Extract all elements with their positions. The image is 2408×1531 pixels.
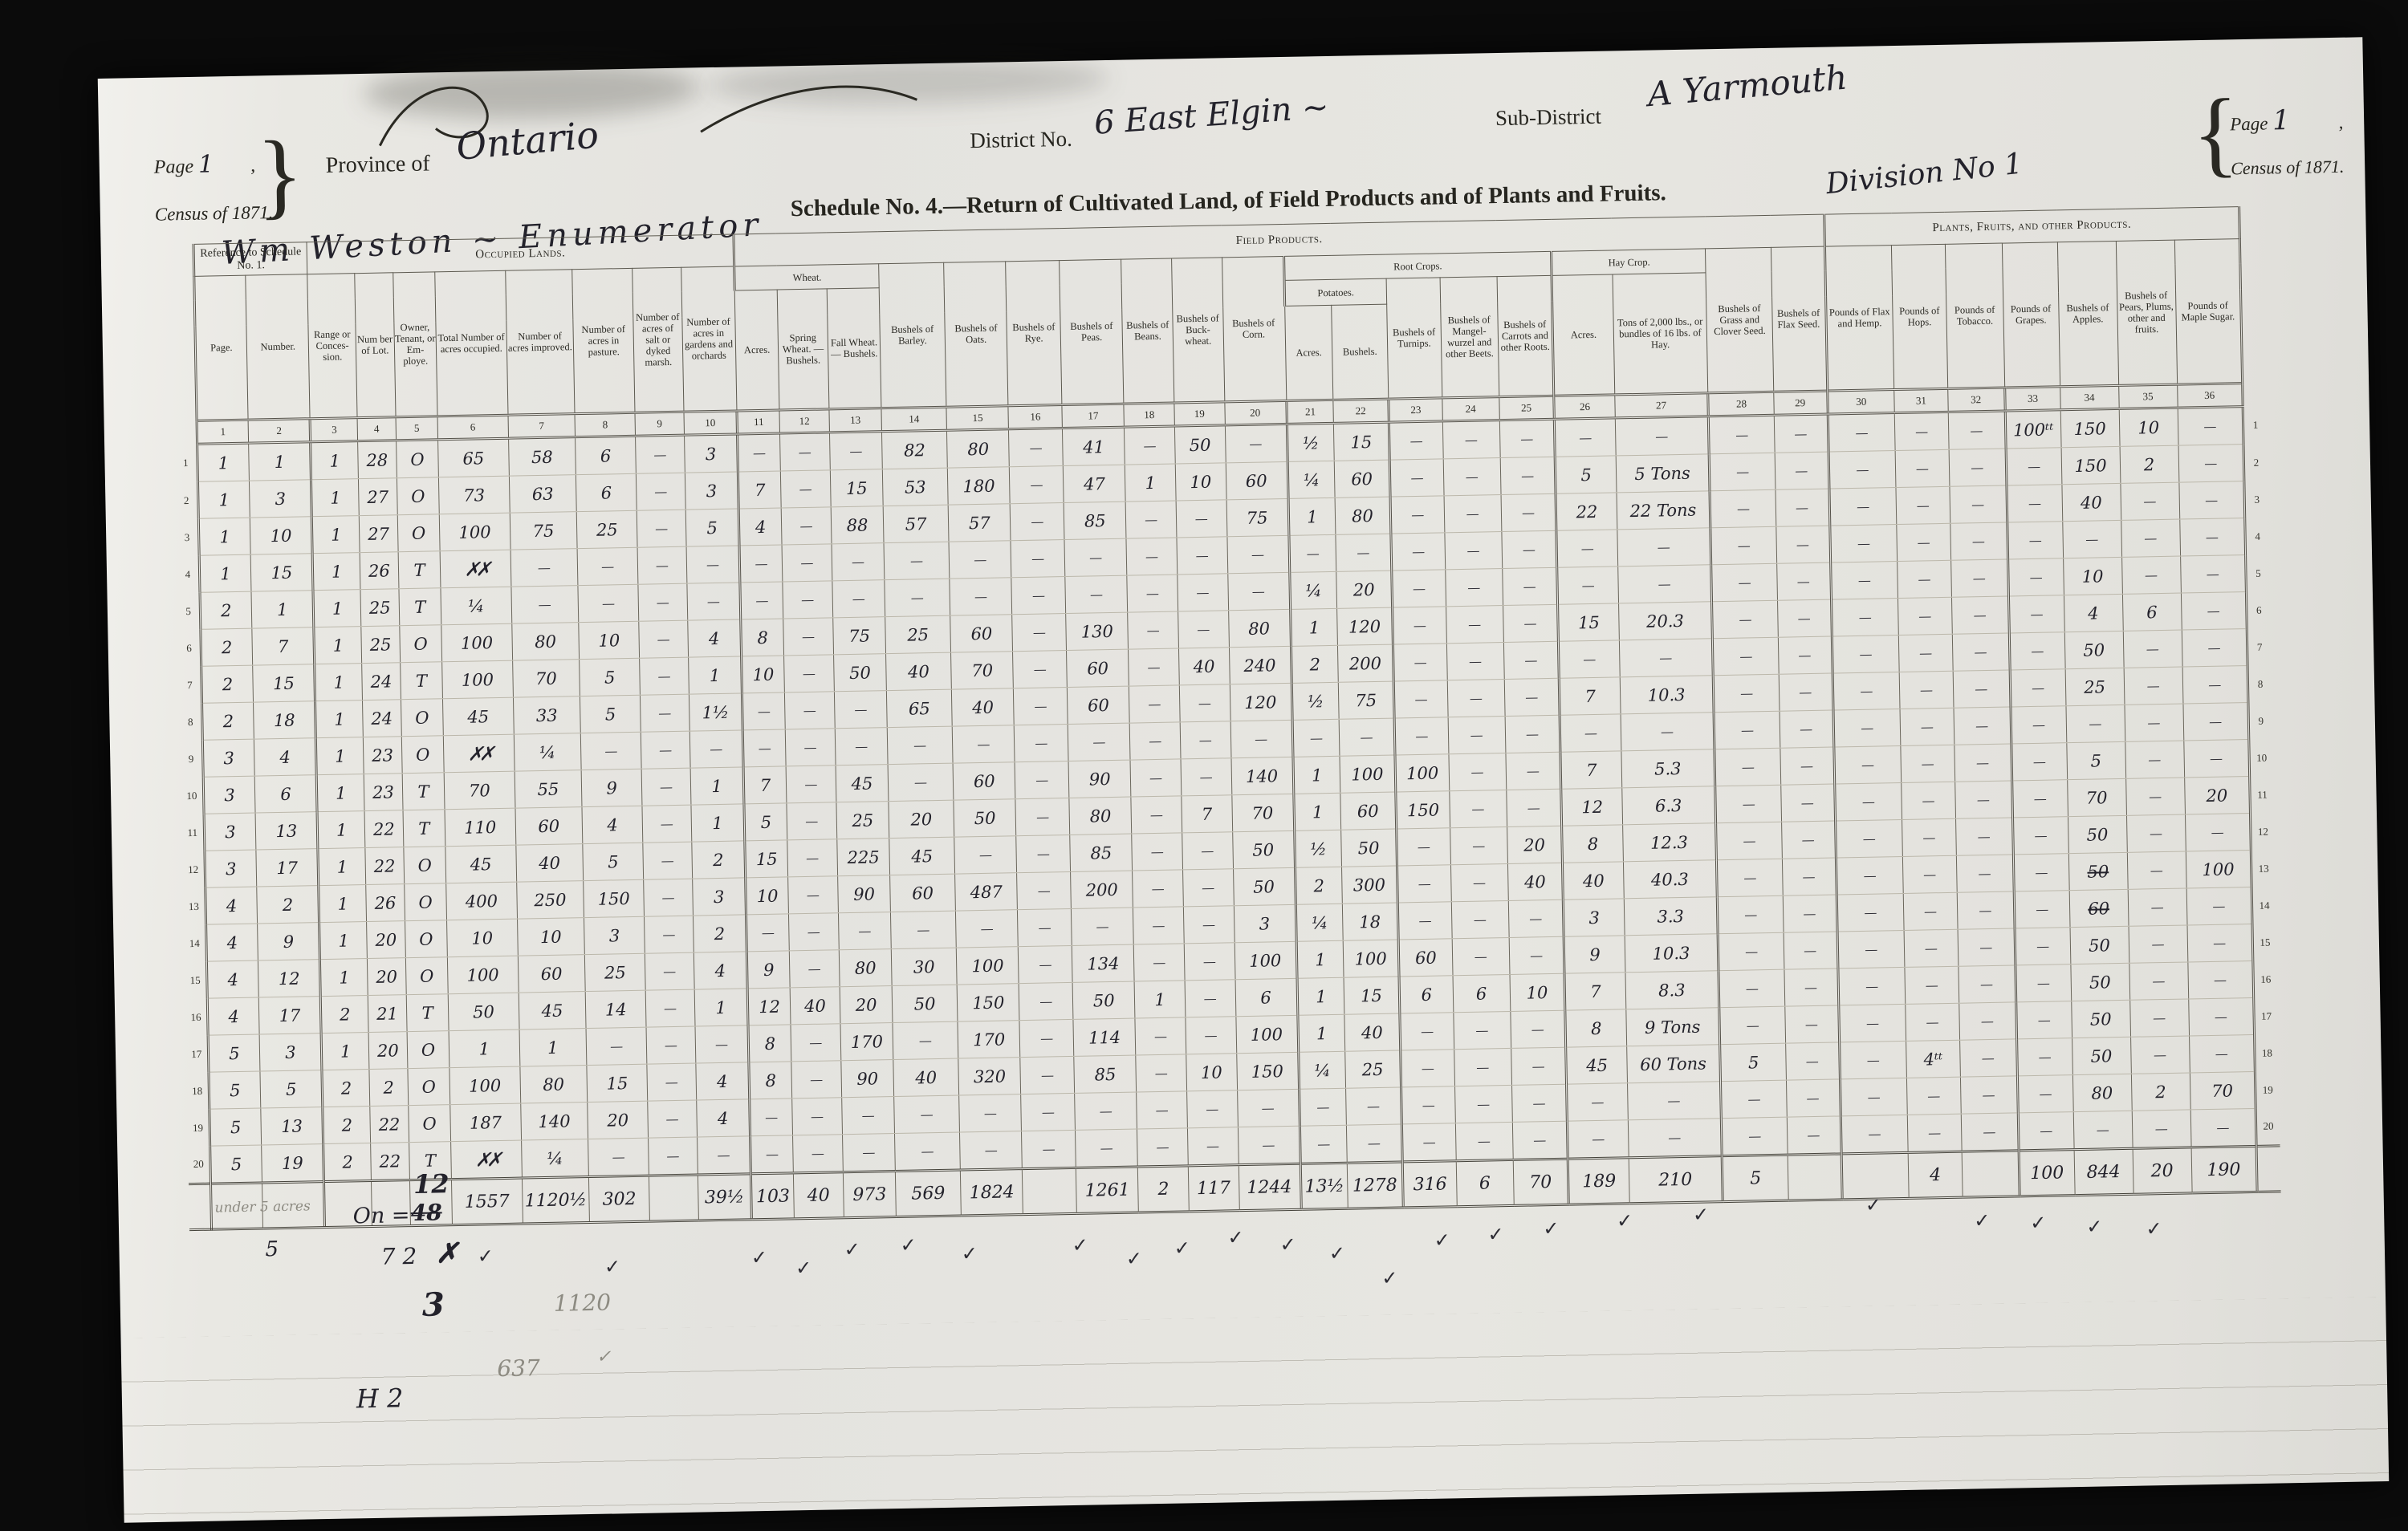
data-cell: 100 bbox=[957, 947, 1019, 985]
data-cell: — bbox=[588, 1138, 649, 1176]
column-number-25: 25 bbox=[1499, 396, 1554, 420]
column-number-17: 17 bbox=[1062, 404, 1125, 428]
data-cell: — bbox=[784, 692, 835, 729]
data-cell: 2 bbox=[1291, 645, 1338, 683]
data-cell: 1 bbox=[319, 885, 366, 923]
data-cell: ✗✗ bbox=[440, 550, 510, 588]
data-cell: — bbox=[2129, 962, 2188, 1000]
data-cell: 3 bbox=[685, 472, 739, 510]
data-cell: 7 bbox=[738, 471, 781, 509]
data-cell: — bbox=[2129, 999, 2189, 1037]
data-cell: 60 bbox=[1398, 939, 1453, 977]
column-number-28: 28 bbox=[1708, 392, 1774, 416]
column-number-16: 16 bbox=[1008, 405, 1062, 429]
data-cell: 10 bbox=[1186, 1054, 1237, 1091]
data-cell: 60 bbox=[1226, 461, 1288, 499]
data-cell: — bbox=[952, 725, 1015, 763]
data-cell: — bbox=[642, 805, 691, 843]
data-cell: 27 bbox=[359, 515, 398, 553]
data-cell: 17 bbox=[256, 849, 319, 887]
column-number-9: 9 bbox=[635, 412, 684, 436]
data-cell: — bbox=[2181, 592, 2247, 630]
data-cell: 5 bbox=[685, 509, 740, 546]
column-number-29: 29 bbox=[1774, 391, 1828, 415]
data-cell: 80 bbox=[520, 1066, 588, 1104]
data-cell: — bbox=[1072, 908, 1134, 945]
data-cell: — bbox=[2125, 778, 2185, 815]
data-cell: 4 bbox=[205, 924, 258, 961]
data-cell: — bbox=[2185, 814, 2251, 851]
data-cell: 1 bbox=[198, 518, 251, 555]
checkmark: ✓ bbox=[1543, 1217, 1560, 1240]
data-cell: 3 bbox=[692, 878, 746, 916]
data-cell: — bbox=[1017, 871, 1072, 909]
data-cell: 100 bbox=[449, 1066, 520, 1105]
data-cell: — bbox=[1716, 822, 1782, 859]
checkmark: ✓ bbox=[2030, 1212, 2047, 1234]
data-cell: — bbox=[1776, 562, 1831, 600]
data-cell: — bbox=[1828, 413, 1895, 453]
row-number-column-right bbox=[2239, 206, 2267, 384]
data-cell: 22 bbox=[370, 1143, 409, 1181]
column-number-35: 35 bbox=[2118, 384, 2178, 408]
checkmark: ✓ bbox=[1434, 1228, 1450, 1251]
data-cell: — bbox=[884, 542, 950, 579]
data-cell: — bbox=[1401, 1050, 1455, 1087]
total-cell bbox=[1023, 1168, 1077, 1214]
total-cell: 973 bbox=[844, 1172, 897, 1218]
data-cell: — bbox=[1783, 895, 1837, 932]
row-number-right: 10 bbox=[2249, 739, 2273, 777]
data-cell: — bbox=[1137, 1091, 1187, 1129]
data-cell: — bbox=[1961, 1113, 2019, 1151]
data-cell: 240 bbox=[1229, 646, 1291, 684]
data-cell: — bbox=[586, 1027, 647, 1065]
data-cell: — bbox=[791, 1061, 841, 1099]
data-cell: — bbox=[641, 731, 689, 769]
data-cell: O bbox=[401, 699, 443, 737]
col-header-buckwheat: Bushels of Buck-wheat. bbox=[1172, 258, 1225, 403]
data-cell: — bbox=[1187, 1127, 1238, 1166]
data-cell: 130 bbox=[1066, 612, 1129, 650]
data-cell: — bbox=[1444, 495, 1502, 533]
data-cell: 10 bbox=[742, 656, 784, 693]
checkmark: ✓ bbox=[900, 1234, 917, 1257]
row-number-left: 11 bbox=[182, 814, 205, 851]
data-cell: 10 bbox=[1175, 463, 1226, 501]
data-cell: 40 bbox=[515, 844, 583, 883]
row-number-left: 9 bbox=[181, 740, 203, 777]
data-cell: 6 bbox=[576, 473, 637, 511]
total-cell: 5 bbox=[1723, 1155, 1788, 1201]
data-cell: — bbox=[1506, 789, 1562, 826]
col-header-spring-wheat: Spring Wheat. — Bushels. bbox=[777, 289, 829, 410]
col-header-turnips: Bushels of Turnips. bbox=[1386, 278, 1442, 399]
data-cell: 10 bbox=[517, 918, 584, 956]
col-header-tobacco: Pounds of Tobacco. bbox=[1945, 243, 2004, 388]
data-cell: 15 bbox=[745, 840, 787, 878]
data-cell: 26 bbox=[366, 884, 405, 922]
data-cell: — bbox=[1719, 932, 1784, 970]
data-cell: ½ bbox=[1294, 830, 1341, 867]
data-cell: 2 bbox=[200, 628, 253, 666]
data-cell: — bbox=[697, 1136, 751, 1175]
data-cell: — bbox=[894, 1132, 960, 1171]
data-cell: 150 bbox=[1236, 1052, 1299, 1090]
data-cell: — bbox=[1956, 855, 2014, 892]
annotation-pencil-1120: 1120 bbox=[554, 1289, 612, 1317]
data-cell: — bbox=[839, 912, 892, 950]
column-number-10: 10 bbox=[684, 411, 738, 435]
row-number-right: 17 bbox=[2254, 997, 2278, 1035]
data-cell: — bbox=[1443, 458, 1501, 496]
data-cell: — bbox=[1713, 637, 1779, 675]
data-cell: — bbox=[637, 546, 686, 584]
data-cell: — bbox=[1719, 969, 1784, 1007]
subdistrict-label: Sub-District bbox=[1495, 104, 1602, 131]
rowno-spacer bbox=[2243, 383, 2267, 407]
row-number-left: 3 bbox=[177, 518, 199, 555]
data-cell: 8.3 bbox=[1625, 971, 1720, 1009]
data-cell: — bbox=[1503, 641, 1560, 679]
data-cell: — bbox=[1445, 532, 1503, 570]
row-number-left: 13 bbox=[183, 887, 205, 924]
data-cell: — bbox=[1715, 785, 1781, 822]
data-cell: — bbox=[1710, 489, 1775, 527]
total-cell: 189 bbox=[1568, 1158, 1629, 1204]
row-number-right: 7 bbox=[2247, 628, 2271, 666]
data-cell: — bbox=[1710, 526, 1776, 564]
total-cell: 117 bbox=[1188, 1165, 1239, 1212]
data-cell: — bbox=[1717, 859, 1783, 896]
data-cell: — bbox=[1621, 713, 1715, 751]
data-cell: — bbox=[1126, 538, 1177, 575]
banner-wheat: Wheat. bbox=[734, 264, 879, 290]
total-cell: 316 bbox=[1402, 1161, 1457, 1208]
data-cell: ¼ bbox=[1287, 461, 1335, 498]
data-cell: — bbox=[1450, 863, 1508, 901]
column-number-3: 3 bbox=[311, 418, 358, 442]
paper-sheet: Page 1 , Census of 1871. } Province of O… bbox=[98, 37, 2390, 1522]
row-number-left: 18 bbox=[186, 1072, 209, 1109]
data-cell: — bbox=[1777, 599, 1832, 637]
data-cell: 41 bbox=[1063, 427, 1125, 465]
data-cell: 134 bbox=[1072, 944, 1134, 982]
data-cell: — bbox=[1627, 1082, 1722, 1120]
data-cell: 9 bbox=[258, 923, 320, 960]
data-cell: — bbox=[2007, 558, 2064, 596]
data-cell: — bbox=[1836, 856, 1903, 895]
data-cell: 50 bbox=[954, 799, 1016, 837]
data-cell: 6 bbox=[1235, 978, 1298, 1016]
col-header-barley: Bushels of Barley. bbox=[879, 262, 947, 408]
data-cell: 5 bbox=[209, 1145, 262, 1184]
data-cell: — bbox=[1401, 1086, 1456, 1124]
data-cell: 1 bbox=[311, 441, 358, 480]
data-cell: 45 bbox=[445, 845, 516, 883]
data-cell: — bbox=[1397, 865, 1451, 903]
data-cell: — bbox=[1401, 1123, 1456, 1162]
scanned-census-page: { "colors":{"scan_bg":"#0b0b0b","paper":… bbox=[0, 0, 2408, 1531]
data-cell: 70 bbox=[951, 652, 1014, 689]
data-cell: — bbox=[789, 950, 840, 988]
data-cell: 1 bbox=[1293, 756, 1340, 794]
data-cell: 1 bbox=[197, 443, 250, 481]
data-cell: 1 bbox=[199, 554, 252, 592]
data-cell: — bbox=[1391, 533, 1446, 571]
data-cell: O bbox=[396, 440, 438, 478]
data-cell: 2 bbox=[323, 1143, 371, 1182]
data-cell: 20 bbox=[1507, 826, 1563, 863]
data-cell: — bbox=[792, 1135, 843, 1173]
data-cell: — bbox=[791, 1024, 841, 1062]
data-cell: T bbox=[402, 773, 445, 810]
data-cell: — bbox=[2128, 888, 2187, 926]
checkmark: ✓ bbox=[477, 1245, 494, 1267]
checkmark: ✓ bbox=[1974, 1209, 1991, 1232]
data-cell: — bbox=[1903, 892, 1958, 930]
data-cell: — bbox=[1959, 965, 2016, 1003]
data-cell: — bbox=[2187, 924, 2253, 961]
data-cell: — bbox=[1832, 636, 1899, 674]
col-header-grass-seed: Bushels of Grass and Clover Seed. bbox=[1706, 247, 1774, 392]
data-cell: 40 bbox=[893, 1058, 959, 1096]
row-number-right bbox=[2256, 1146, 2281, 1192]
data-cell: — bbox=[1833, 709, 1901, 747]
data-cell: — bbox=[1896, 486, 1950, 524]
total-cell bbox=[649, 1175, 699, 1221]
col-header-gardens: Number of acres in gardens and orchards bbox=[681, 266, 737, 412]
data-cell: — bbox=[1505, 715, 1561, 753]
data-cell: 5.3 bbox=[1621, 749, 1715, 788]
data-cell: — bbox=[1130, 722, 1181, 760]
data-cell: — bbox=[2126, 814, 2186, 852]
data-cell: 187 bbox=[450, 1103, 521, 1142]
column-number-6: 6 bbox=[437, 415, 508, 440]
col-header-potato-acres: Acres. bbox=[1284, 305, 1333, 400]
data-cell: 20 bbox=[2184, 777, 2250, 814]
column-number-12: 12 bbox=[779, 409, 830, 433]
data-cell: 12 bbox=[748, 988, 791, 1025]
data-cell: — bbox=[644, 879, 693, 916]
data-cell: — bbox=[1187, 1090, 1238, 1128]
data-cell: 6.3 bbox=[1621, 786, 1716, 825]
data-cell: 90 bbox=[841, 1060, 894, 1098]
data-cell: — bbox=[1837, 893, 1904, 932]
data-cell: 25 bbox=[1345, 1050, 1401, 1088]
data-cell: 1 bbox=[690, 767, 745, 805]
data-cell: 100 bbox=[2186, 851, 2251, 888]
data-cell: 15 bbox=[250, 554, 313, 591]
data-cell: — bbox=[645, 989, 694, 1027]
data-cell: 85 bbox=[1064, 502, 1126, 539]
data-cell: — bbox=[580, 732, 641, 770]
row-number-left: 15 bbox=[185, 961, 207, 998]
data-cell: — bbox=[2007, 522, 2063, 559]
data-cell: 10 bbox=[2119, 408, 2178, 446]
data-cell: — bbox=[1902, 855, 1957, 893]
data-cell: — bbox=[2123, 630, 2182, 668]
data-cell: 13 bbox=[255, 812, 318, 850]
data-cell: O bbox=[405, 920, 447, 958]
data-cell: — bbox=[2187, 960, 2253, 998]
data-cell: 10 bbox=[447, 919, 518, 957]
data-cell: O bbox=[405, 957, 448, 995]
data-cell: 100 bbox=[442, 660, 513, 699]
data-cell: — bbox=[1786, 1079, 1841, 1117]
data-cell: — bbox=[959, 1094, 1022, 1132]
data-cell: 9 Tons bbox=[1625, 1008, 1720, 1046]
data-cell: — bbox=[743, 729, 786, 767]
checkmark: ✓ bbox=[844, 1238, 860, 1261]
data-cell: 22 bbox=[364, 810, 404, 848]
col-header-flax-seed: Bushels of Flax Seed. bbox=[1771, 246, 1827, 392]
data-cell: — bbox=[1449, 790, 1507, 828]
row-number-left: 14 bbox=[184, 924, 206, 961]
data-cell: — bbox=[1951, 596, 2009, 634]
total-cell: 1557 bbox=[451, 1178, 523, 1225]
ruled-lines-footer bbox=[121, 1297, 2390, 1523]
data-cell: 85 bbox=[1074, 1055, 1137, 1093]
data-cell: — bbox=[2017, 1075, 2073, 1113]
data-cell: O bbox=[405, 883, 447, 921]
total-cell bbox=[1788, 1154, 1842, 1200]
row-number-right: 18 bbox=[2255, 1034, 2279, 1072]
data-cell: 50 bbox=[2071, 1000, 2130, 1038]
data-cell: ¼ bbox=[1289, 571, 1336, 609]
data-cell: — bbox=[1442, 420, 1500, 459]
data-cell: — bbox=[1011, 540, 1065, 578]
data-cell: 4ᵗᵗ bbox=[1906, 1040, 1961, 1078]
data-cell: — bbox=[1133, 870, 1183, 908]
row-number-right: 16 bbox=[2253, 960, 2277, 998]
data-cell: — bbox=[2014, 891, 2070, 928]
data-cell: 17 bbox=[259, 997, 322, 1034]
column-number-24: 24 bbox=[1442, 397, 1499, 421]
data-cell: — bbox=[1019, 945, 1073, 983]
data-cell: — bbox=[1957, 891, 2015, 929]
column-number-11: 11 bbox=[737, 410, 779, 434]
data-cell: — bbox=[1012, 614, 1067, 652]
data-cell: — bbox=[1136, 1054, 1186, 1092]
data-cell: 25 bbox=[361, 626, 401, 664]
row-number-right: 1 bbox=[2243, 406, 2267, 445]
data-cell: — bbox=[641, 768, 690, 806]
data-cell: — bbox=[1902, 818, 1957, 856]
data-cell: 13 bbox=[261, 1107, 323, 1145]
data-cell: 8 bbox=[1562, 825, 1623, 863]
data-cell: 1 bbox=[1294, 793, 1341, 830]
row-number-left: 12 bbox=[182, 851, 205, 887]
data-cell: O bbox=[407, 1031, 449, 1069]
data-cell: 7 bbox=[1564, 973, 1625, 1010]
data-cell: 50 bbox=[834, 654, 887, 692]
data-cell: 60 Tons bbox=[1626, 1045, 1721, 1083]
data-cell: 3 bbox=[1564, 899, 1625, 936]
data-cell: 1 bbox=[1298, 1014, 1345, 1052]
total-cell: 190 bbox=[2191, 1146, 2257, 1192]
data-cell: — bbox=[1019, 982, 1074, 1020]
data-cell: 7 bbox=[1560, 751, 1621, 789]
data-cell: — bbox=[2011, 780, 2068, 818]
data-cell: 1 bbox=[315, 701, 363, 738]
data-cell: 18 bbox=[1342, 903, 1398, 940]
data-cell: 2 bbox=[201, 665, 254, 703]
data-cell: — bbox=[1719, 1006, 1785, 1044]
column-number-1: 1 bbox=[197, 420, 249, 444]
data-cell: — bbox=[1238, 1126, 1300, 1164]
data-cell: 20 bbox=[367, 958, 406, 996]
data-cell: 24 bbox=[362, 700, 401, 737]
data-cell: 40 bbox=[1344, 1013, 1401, 1051]
data-cell: T bbox=[406, 994, 449, 1032]
data-cell: ¼ bbox=[521, 1139, 588, 1179]
col-header-hops: Pounds of Hops. bbox=[1891, 244, 1947, 389]
data-cell: 23 bbox=[364, 774, 403, 811]
data-cell: — bbox=[2180, 555, 2246, 593]
column-number-5: 5 bbox=[396, 416, 438, 441]
data-cell: — bbox=[1898, 560, 1952, 598]
data-cell: 22 bbox=[1556, 493, 1617, 530]
data-cell: — bbox=[1014, 688, 1068, 725]
data-cell: 12.3 bbox=[1622, 823, 1717, 862]
data-cell: — bbox=[791, 1098, 842, 1135]
total-cell: 1824 bbox=[961, 1169, 1023, 1216]
data-cell: 1 bbox=[319, 922, 367, 960]
row-number-right: 11 bbox=[2250, 776, 2274, 814]
data-cell: 75 bbox=[1338, 681, 1394, 719]
data-cell: 22 bbox=[365, 847, 405, 885]
data-cell: — bbox=[649, 1137, 698, 1176]
checkmark: ✓ bbox=[1227, 1226, 1244, 1249]
data-cell: — bbox=[1780, 784, 1835, 822]
row-number-right: 8 bbox=[2247, 665, 2272, 703]
data-cell: 200 bbox=[1071, 871, 1133, 908]
data-cell: — bbox=[750, 1099, 792, 1136]
data-cell: 80 bbox=[2072, 1074, 2132, 1111]
data-cell: — bbox=[956, 910, 1019, 948]
data-cell: 1 bbox=[694, 989, 749, 1026]
data-cell: — bbox=[641, 694, 689, 732]
total-cell: 569 bbox=[895, 1170, 961, 1216]
data-cell: 2 bbox=[2131, 1073, 2190, 1111]
data-cell: — bbox=[1501, 493, 1557, 531]
data-cell: — bbox=[1952, 633, 2010, 671]
data-cell: — bbox=[2127, 851, 2186, 889]
data-cell: 60 bbox=[950, 615, 1013, 652]
data-cell: — bbox=[1502, 530, 1558, 568]
data-cell: — bbox=[783, 655, 834, 692]
data-cell: — bbox=[1230, 720, 1293, 757]
annotation-five: 5 bbox=[265, 1237, 279, 1261]
column-number-7: 7 bbox=[508, 414, 576, 439]
data-cell: 8 bbox=[748, 1025, 791, 1062]
data-cell: 400 bbox=[446, 882, 517, 920]
data-cell: 30 bbox=[891, 948, 957, 985]
data-cell: — bbox=[645, 952, 694, 990]
data-cell: — bbox=[783, 581, 833, 619]
data-cell: 90 bbox=[1068, 760, 1131, 798]
data-cell: — bbox=[783, 618, 833, 656]
data-cell: — bbox=[788, 913, 839, 951]
data-cell: — bbox=[2124, 667, 2183, 705]
data-cell: — bbox=[2121, 556, 2181, 594]
data-cell: — bbox=[1900, 708, 1954, 745]
row-number-right: 13 bbox=[2251, 850, 2275, 887]
checkmark: ✓ bbox=[1381, 1267, 1398, 1289]
data-cell: 50 bbox=[2068, 815, 2127, 853]
column-number-14: 14 bbox=[881, 407, 947, 431]
